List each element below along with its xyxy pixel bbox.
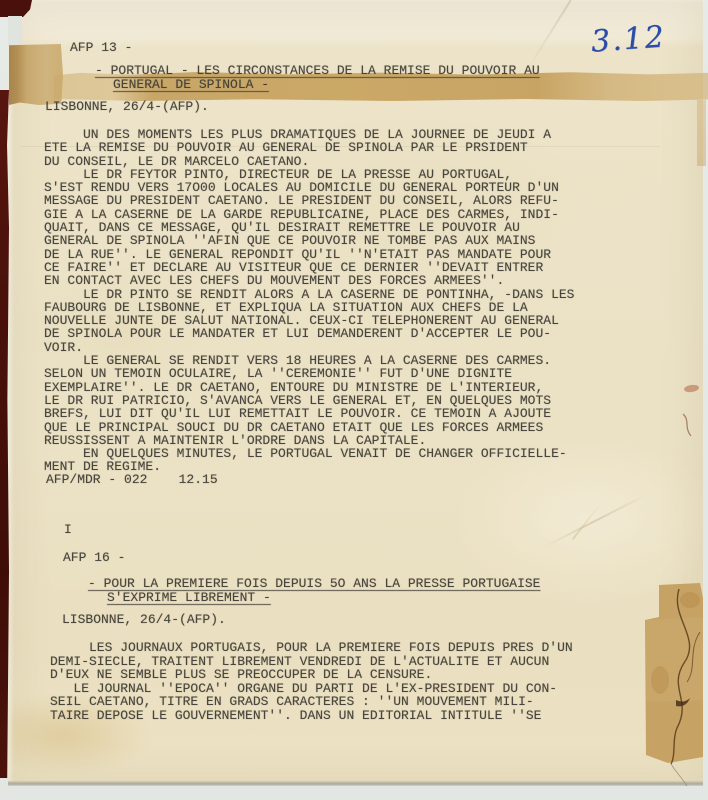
scanned-telegram-document: 3.12 AFP 13 - - PORTUGAL - LES CIRCONSTA…: [0, 0, 708, 800]
paper-corner-notch: [8, 16, 22, 46]
handwritten-annotation: 3.12: [590, 19, 667, 59]
paper-bottom-edge: [8, 781, 703, 786]
separator-mark: I: [64, 523, 72, 536]
telegram-paper: [8, 0, 703, 784]
tape-sliver-right: [697, 100, 706, 166]
tape-strip-top: [54, 72, 708, 101]
backing-left-edge: [0, 90, 9, 778]
paper-crease: [20, 146, 660, 147]
